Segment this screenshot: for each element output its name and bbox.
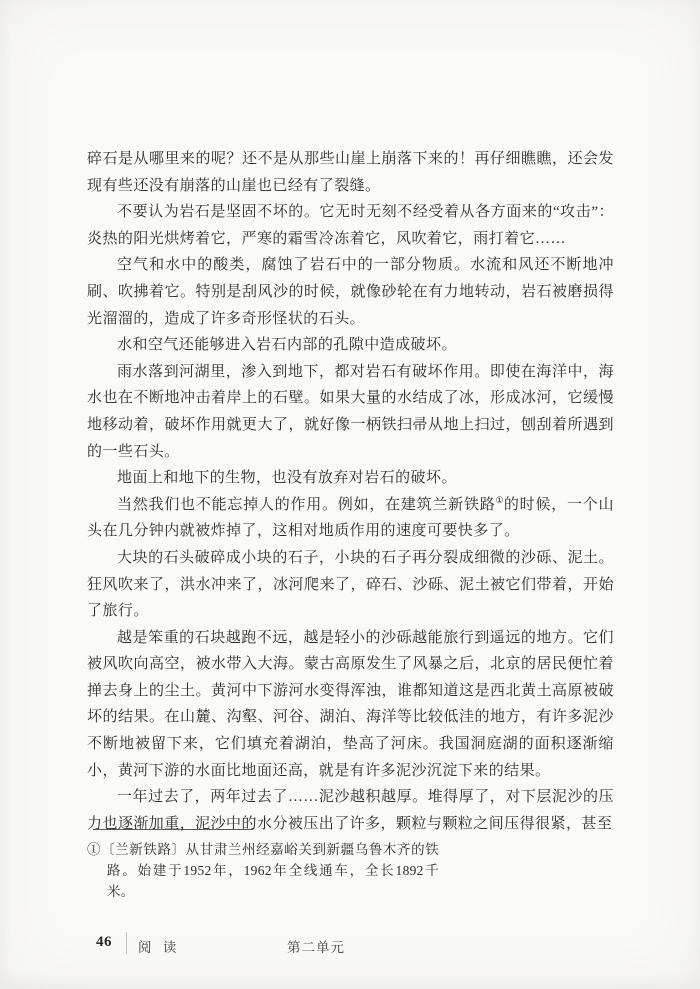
footnote-separator-rule [93, 829, 253, 830]
body-paragraph-continuation: 碎石是从哪里来的呢？还不是从那些山崖上崩落下来的！再仔细瞧瞧，还会发现有些还没有… [87, 146, 614, 199]
body-paragraph: 雨水落到河湖里，渗入到地下，都对岩石有破坏作用。即使在海洋中，海水也在不断地冲击… [87, 359, 614, 465]
body-paragraph-with-footnote-ref: 当然我们也不能忘掉人的作用。例如，在建筑兰新铁路①的时候，一个山头在几分钟内就被… [87, 492, 614, 545]
footnote-reference-marker: ① [496, 495, 504, 505]
footnote-text: 〔兰新铁路〕从甘肃兰州经嘉峪关到新疆乌鲁木齐的铁路。始建于1952年，1962年… [101, 842, 439, 899]
body-text-block: 碎石是从哪里来的呢？还不是从那些山崖上崩落下来的！再仔细瞧瞧，还会发现有些还没有… [87, 146, 614, 837]
body-paragraph: 越是笨重的石块越跑不远，越是轻小的沙砾越能旅行到遥远的地方。它们被风吹向高空，被… [87, 625, 614, 785]
body-paragraph: 地面上和地下的生物，也没有放弃对岩石的破坏。 [87, 465, 614, 492]
body-paragraph: 大块的石头破碎成小块的石子，小块的石子再分裂成细微的沙砾、泥土。狂风吹来了，洪水… [87, 545, 614, 625]
footnote: ①〔兰新铁路〕从甘肃兰州经嘉峪关到新疆乌鲁木齐的铁路。始建于1952年，1962… [87, 839, 439, 902]
footnote-marker: ① [87, 842, 101, 857]
footer-divider [126, 932, 127, 954]
page-footer: 46 阅 读 第二单元 [0, 930, 700, 960]
body-paragraph: 不要认为岩石是坚固不坏的。它无时无刻不经受着从各方面来的“攻击”：炎热的阳光烘烤… [87, 199, 614, 252]
footer-section-label: 阅 读 [138, 936, 180, 956]
page-number: 46 [96, 934, 112, 951]
body-paragraph: 水和空气还能够进入岩石内部的孔隙中造成破坏。 [87, 332, 614, 359]
body-paragraph: 空气和水中的酸类，腐蚀了岩石中的一部分物质。水流和风还不断地冲刷、吹拂着它。特别… [87, 252, 614, 332]
footer-unit-label: 第二单元 [287, 936, 345, 956]
textbook-page: 碎石是从哪里来的呢？还不是从那些山崖上崩落下来的！再仔细瞧瞧，还会发现有些还没有… [0, 0, 700, 989]
paragraph-text: 当然我们也不能忘掉人的作用。例如，在建筑兰新铁路 [117, 497, 496, 513]
